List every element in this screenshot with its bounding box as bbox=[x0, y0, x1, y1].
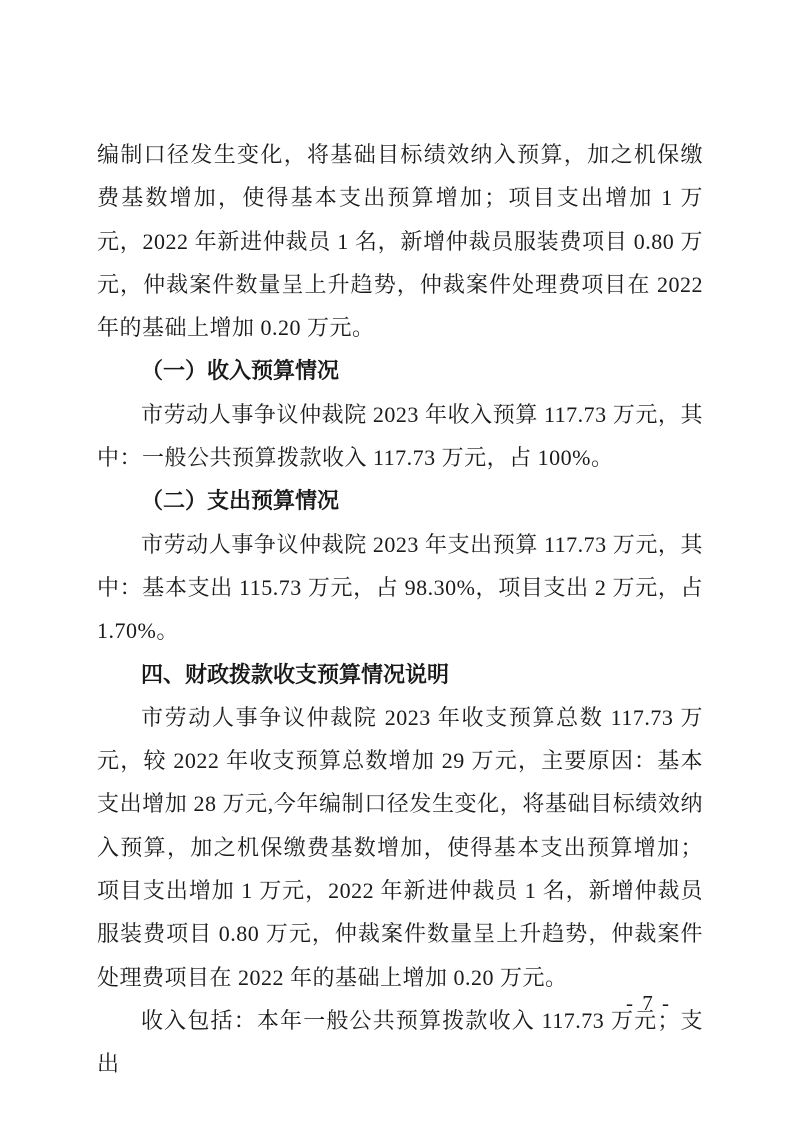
document-page: 编制口径发生变化，将基础目标绩效纳入预算，加之机保缴费基数增加，使得基本支出预算… bbox=[0, 0, 793, 1122]
document-content: 编制口径发生变化，将基础目标绩效纳入预算，加之机保缴费基数增加，使得基本支出预算… bbox=[97, 133, 703, 1086]
body-paragraph-continuation: 编制口径发生变化，将基础目标绩效纳入预算，加之机保缴费基数增加，使得基本支出预算… bbox=[97, 133, 703, 349]
body-paragraph-income-includes: 收入包括：本年一般公共预算拨款收入 117.73 万元；支出 bbox=[97, 999, 703, 1086]
page-number: - 7 - bbox=[626, 991, 671, 1015]
body-paragraph-income: 市劳动人事争议仲裁院 2023 年收入预算 117.73 万元，其中：一般公共预… bbox=[97, 393, 703, 480]
body-paragraph-fiscal-summary: 市劳动人事争议仲裁院 2023 年收支预算总数 117.73 万元，较 2022… bbox=[97, 696, 703, 999]
section-heading-income-budget: （一）收入预算情况 bbox=[97, 349, 703, 392]
body-paragraph-expenditure: 市劳动人事争议仲裁院 2023 年支出预算 117.73 万元，其中：基本支出 … bbox=[97, 523, 703, 653]
chapter-heading-fiscal-appropriation: 四、财政拨款收支预算情况说明 bbox=[97, 653, 703, 696]
section-heading-expenditure-budget: （二）支出预算情况 bbox=[97, 479, 703, 522]
